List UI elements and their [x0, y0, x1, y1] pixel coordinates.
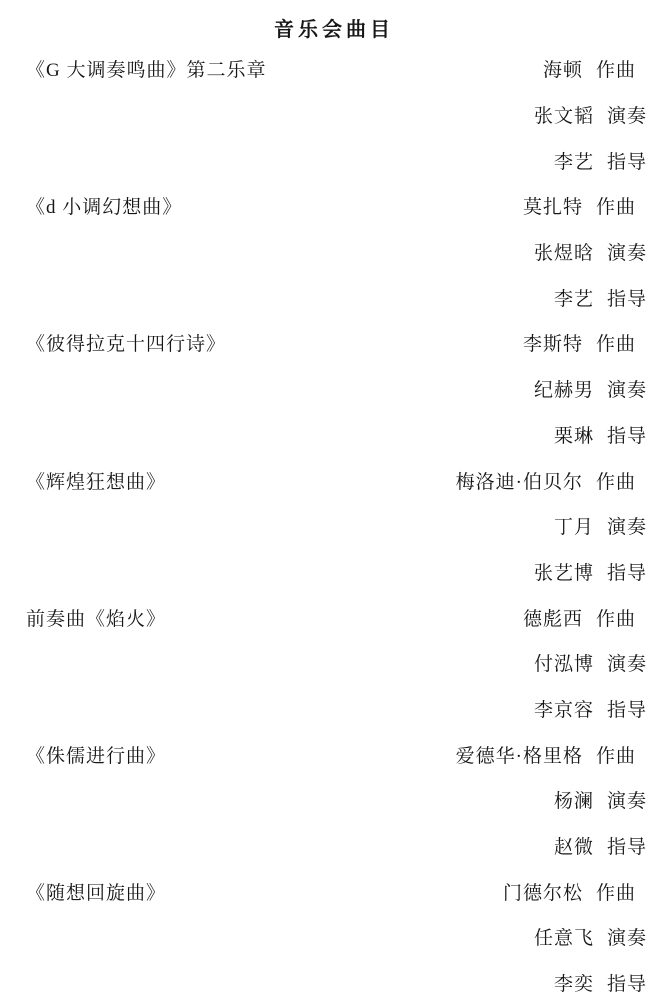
credit: 纪赫男演奏 — [534, 375, 647, 402]
credit-role: 演奏 — [607, 791, 647, 812]
credit: 张煜晗演奏 — [534, 238, 647, 265]
credit-role: 演奏 — [607, 654, 647, 675]
piece-title: 《彼得拉克十四行诗》 — [26, 329, 226, 356]
credit-name: 李奕 — [554, 974, 594, 995]
credit-name: 纪赫男 — [534, 380, 594, 401]
credit: 张文韬演奏 — [534, 101, 647, 128]
credit-role: 指导 — [607, 837, 647, 858]
program-row: 《侏儒进行曲》 爱德华·格里格作曲 — [0, 731, 664, 777]
credit-role: 指导 — [607, 700, 647, 721]
credit-role: 指导 — [607, 426, 647, 447]
credit: 海顿作曲 — [543, 55, 636, 82]
program-row: 《彼得拉克十四行诗》 李斯特作曲 — [0, 320, 664, 366]
program-row: 李艺指导 — [0, 137, 664, 183]
program-row: 《随想回旋曲》 门德尔松作曲 — [0, 868, 664, 914]
credit: 莫扎特作曲 — [523, 192, 636, 219]
credit: 门德尔松作曲 — [503, 878, 636, 905]
credit: 李艺指导 — [554, 284, 647, 311]
credit-name: 丁月 — [554, 517, 594, 538]
credit: 丁月演奏 — [554, 512, 647, 539]
program-row: 《G 大调奏鸣曲》第二乐章 海顿作曲 — [0, 46, 664, 92]
credit-name: 德彪西 — [523, 609, 583, 630]
program-row: 张文韬演奏 — [0, 92, 664, 138]
credit-name: 李京容 — [534, 700, 594, 721]
credit: 李京容指导 — [534, 695, 647, 722]
credit-name: 莫扎特 — [523, 197, 583, 218]
credit-name: 张煜晗 — [534, 243, 594, 264]
program-row: 李艺指导 — [0, 274, 664, 320]
credit-name: 张文韬 — [534, 106, 594, 127]
credit-role: 作曲 — [596, 883, 636, 904]
credit: 张艺博指导 — [534, 558, 647, 585]
program-row: 任意飞演奏 — [0, 914, 664, 960]
program-row: 前奏曲《焰火》 德彪西作曲 — [0, 594, 664, 640]
credit-role: 作曲 — [596, 609, 636, 630]
credit-role: 作曲 — [596, 746, 636, 767]
credit-role: 演奏 — [607, 380, 647, 401]
credit-name: 李艺 — [554, 152, 594, 173]
credit-role: 演奏 — [607, 928, 647, 949]
credit-name: 李艺 — [554, 289, 594, 310]
program-row: 丁月演奏 — [0, 503, 664, 549]
credit: 梅洛迪·伯贝尔作曲 — [456, 467, 636, 494]
program-row: 张煜晗演奏 — [0, 229, 664, 275]
piece-title: 《辉煌狂想曲》 — [26, 467, 166, 494]
program-list: 《G 大调奏鸣曲》第二乐章 海顿作曲 张文韬演奏 李艺指导 《d 小调幻想曲》 … — [0, 46, 664, 1002]
credit-name: 张艺博 — [534, 563, 594, 584]
credit-role: 指导 — [607, 152, 647, 173]
credit-role: 作曲 — [596, 334, 636, 355]
piece-title: 前奏曲《焰火》 — [26, 604, 166, 631]
program-row: 李奕指导 — [0, 960, 664, 1002]
credit: 李艺指导 — [554, 147, 647, 174]
credit-name: 爱德华·格里格 — [456, 746, 583, 767]
credit-role: 指导 — [607, 974, 647, 995]
program-row: 《辉煌狂想曲》 梅洛迪·伯贝尔作曲 — [0, 457, 664, 503]
credit-role: 作曲 — [596, 197, 636, 218]
program-row: 《d 小调幻想曲》 莫扎特作曲 — [0, 183, 664, 229]
credit-role: 指导 — [607, 289, 647, 310]
page-title: 音乐会曲目 — [0, 0, 664, 46]
credit-role: 演奏 — [607, 517, 647, 538]
credit-name: 门德尔松 — [503, 883, 583, 904]
piece-title: 《d 小调幻想曲》 — [26, 192, 182, 219]
credit-name: 栗琳 — [554, 426, 594, 447]
credit-role: 作曲 — [596, 472, 636, 493]
credit-name: 梅洛迪·伯贝尔 — [456, 472, 583, 493]
credit-role: 指导 — [607, 563, 647, 584]
credit: 德彪西作曲 — [523, 604, 636, 631]
credit: 赵微指导 — [554, 832, 647, 859]
credit-name: 海顿 — [543, 60, 583, 81]
credit: 杨澜演奏 — [554, 786, 647, 813]
credit: 爱德华·格里格作曲 — [456, 741, 636, 768]
program-row: 李京容指导 — [0, 686, 664, 732]
credit: 李奕指导 — [554, 969, 647, 996]
program-row: 付泓博演奏 — [0, 640, 664, 686]
credit-name: 付泓博 — [534, 654, 594, 675]
credit-name: 任意飞 — [534, 928, 594, 949]
program-row: 纪赫男演奏 — [0, 366, 664, 412]
piece-title: 《侏儒进行曲》 — [26, 741, 166, 768]
credit-name: 李斯特 — [523, 334, 583, 355]
program-row: 杨澜演奏 — [0, 777, 664, 823]
credit-name: 杨澜 — [554, 791, 594, 812]
credit-role: 演奏 — [607, 243, 647, 264]
piece-title: 《G 大调奏鸣曲》第二乐章 — [26, 55, 266, 82]
piece-title: 《随想回旋曲》 — [26, 878, 166, 905]
credit: 李斯特作曲 — [523, 329, 636, 356]
credit-role: 演奏 — [607, 106, 647, 127]
concert-program-page: 音乐会曲目 《G 大调奏鸣曲》第二乐章 海顿作曲 张文韬演奏 李艺指导 《d 小… — [0, 0, 664, 1002]
credit-name: 赵微 — [554, 837, 594, 858]
program-row: 栗琳指导 — [0, 412, 664, 458]
program-row: 赵微指导 — [0, 823, 664, 869]
credit: 付泓博演奏 — [534, 649, 647, 676]
credit-role: 作曲 — [596, 60, 636, 81]
credit: 任意飞演奏 — [534, 923, 647, 950]
program-row: 张艺博指导 — [0, 549, 664, 595]
credit: 栗琳指导 — [554, 421, 647, 448]
